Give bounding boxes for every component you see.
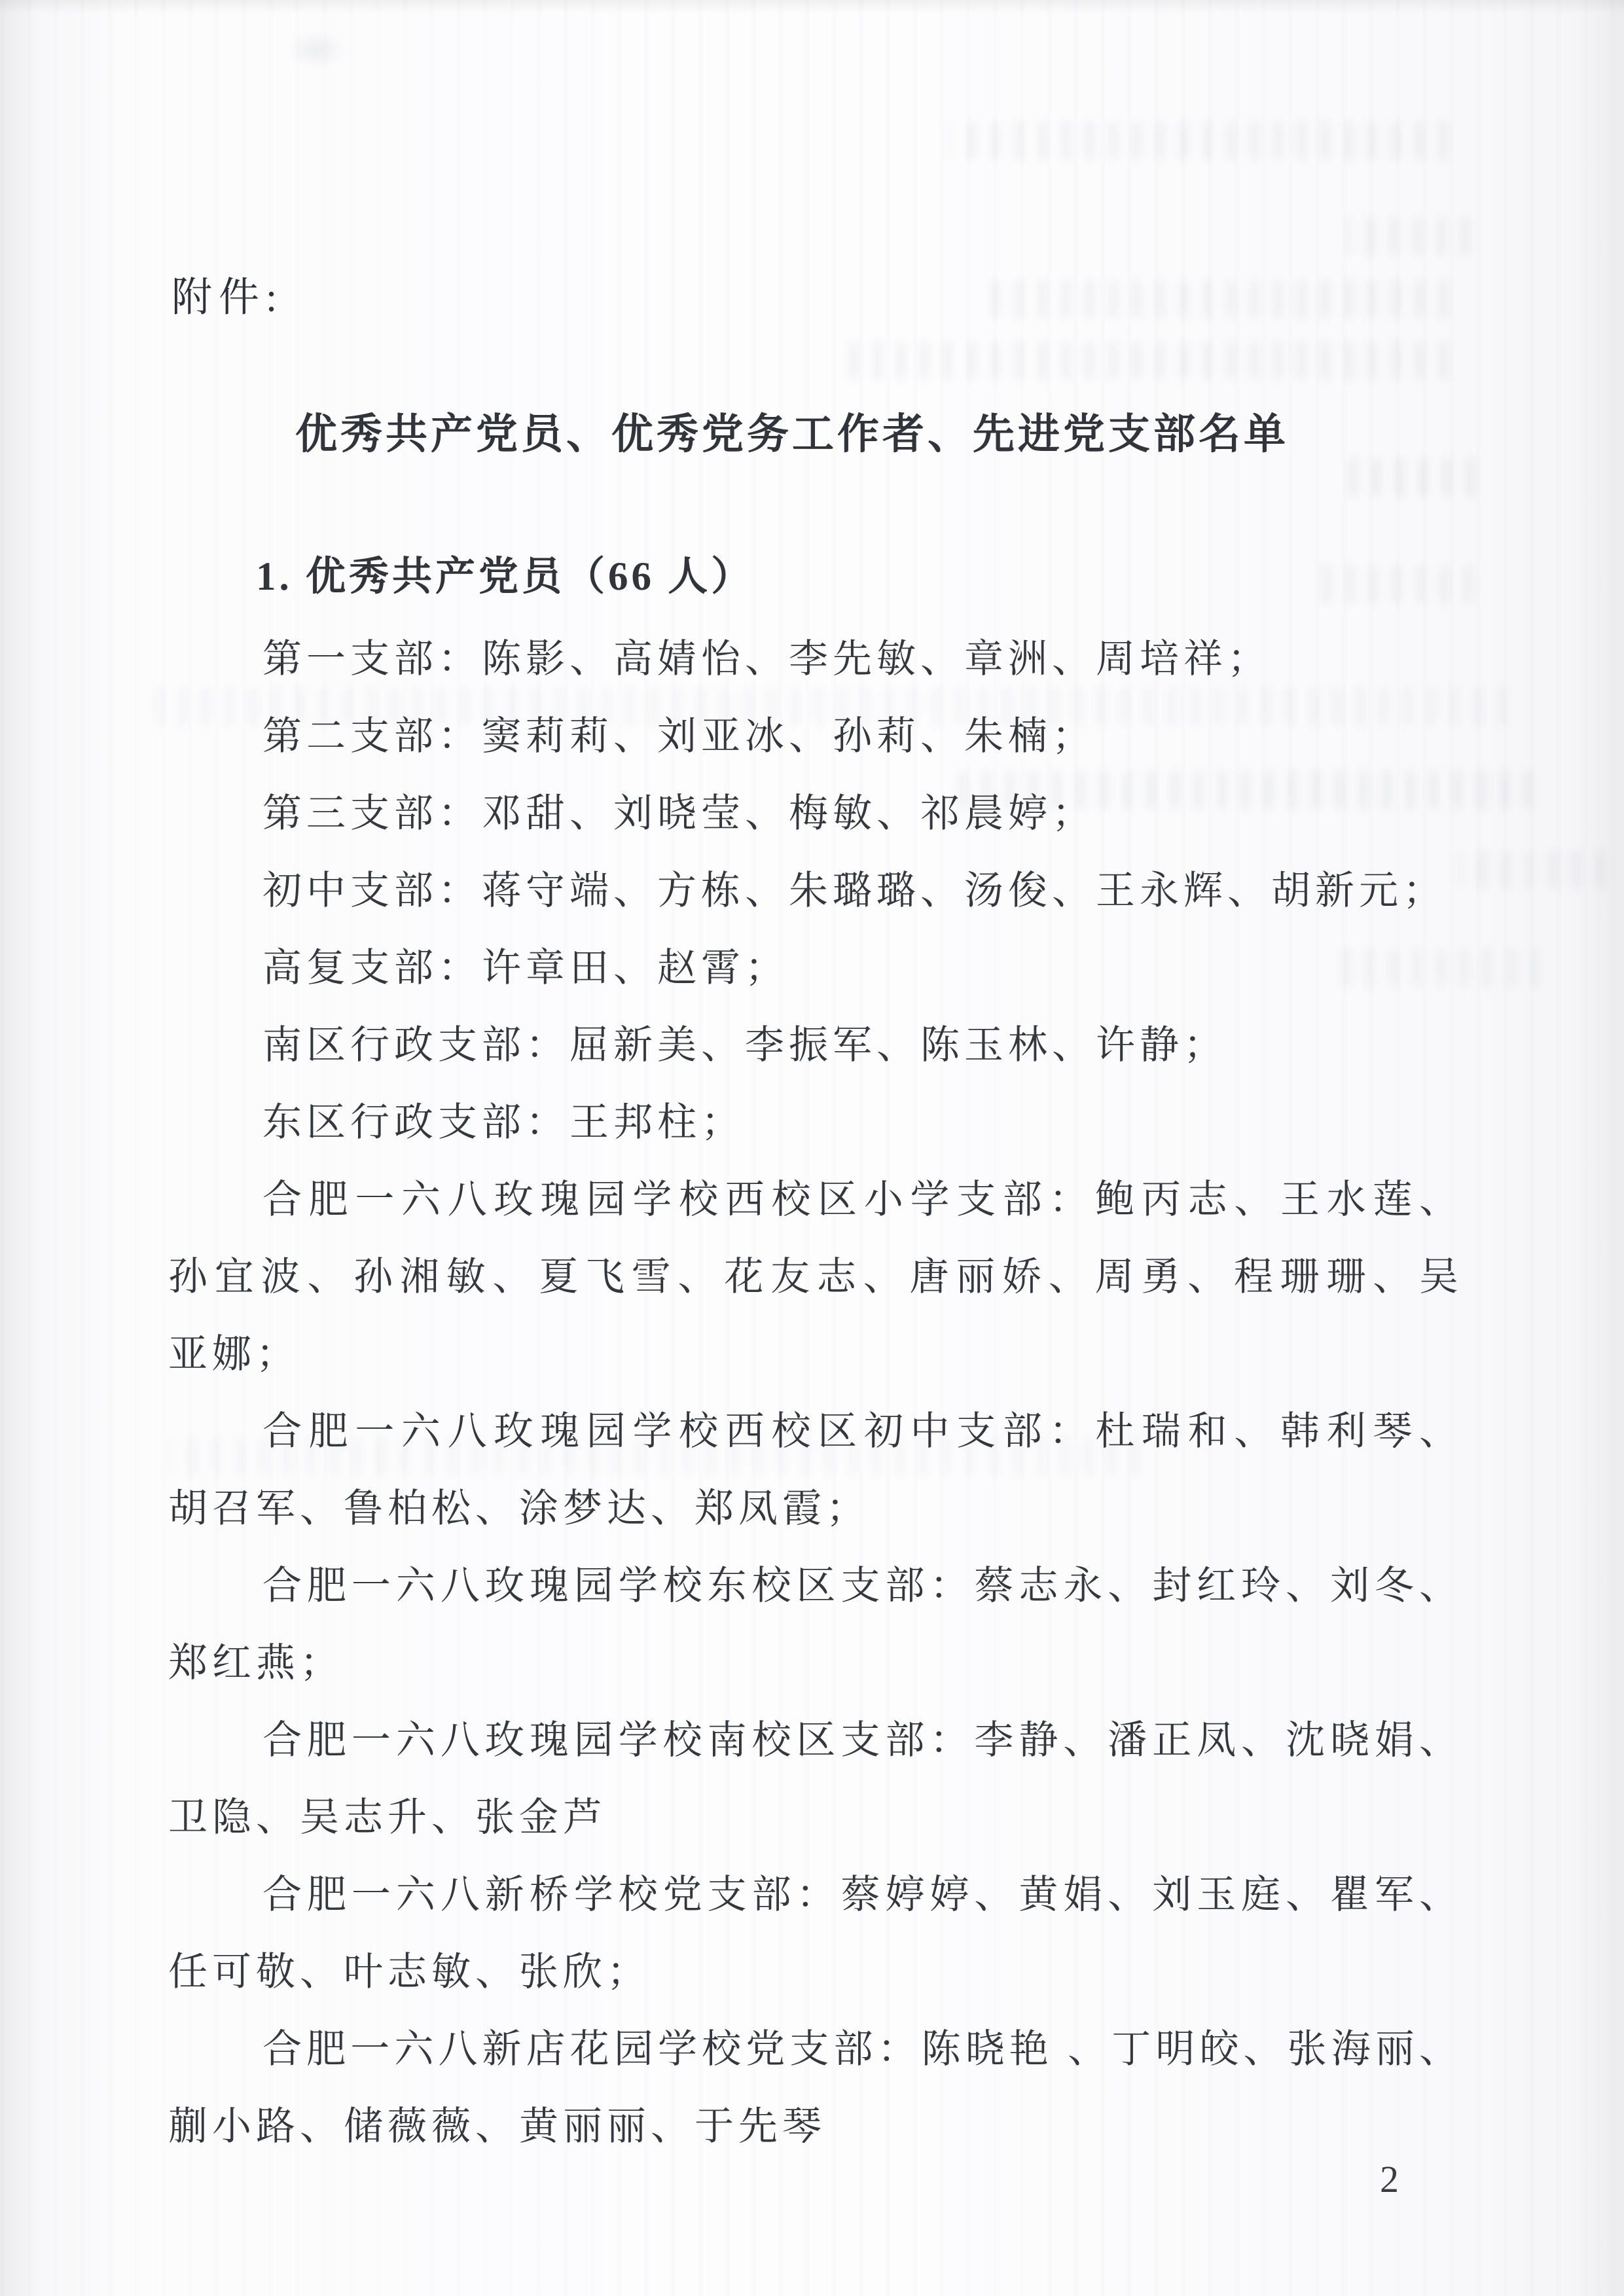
bleed-through-artifact: [1321, 565, 1471, 603]
list-line: 蒯小路、储薇薇、黄丽丽、于先琴: [168, 2088, 1463, 2165]
list-line: 合肥一六八玫瑰园学校南校区支部：李静、潘正凤、沈晓娟、: [168, 1702, 1463, 1779]
list-line: 合肥一六八玫瑰园学校西校区小学支部：鲍丙志、王水莲、: [168, 1161, 1463, 1238]
bleed-through-artifact: [1460, 851, 1604, 889]
scan-smudge-artifact: [288, 30, 347, 69]
list-line: 初中支部：蒋守端、方栋、朱璐璐、汤俊、王永辉、胡新元；: [168, 852, 1463, 929]
list-line: 第二支部：窦莉莉、刘亚冰、孙莉、朱楠；: [168, 698, 1463, 775]
list-line: 合肥一六八新桥学校党支部：蔡婷婷、黄娟、刘玉庭、瞿军、: [168, 1856, 1463, 1933]
list-line: 亚娜；: [168, 1316, 1463, 1393]
list-line: 胡召军、鲁柏松、涂梦达、郑凤霞；: [168, 1470, 1463, 1547]
list-line: 卫隐、吴志升、张金芦: [168, 1779, 1463, 1856]
list-line: 合肥一六八新店花园学校党支部：陈晓艳 、丁明皎、张海丽、: [168, 2011, 1463, 2088]
section-heading: 1. 优秀共产党员（66 人）: [256, 545, 754, 601]
list-line: 高复支部：许章田、赵霄；: [168, 929, 1463, 1007]
page-number: 2: [1380, 2157, 1399, 2201]
bleed-through-artifact: [838, 342, 1447, 380]
attachment-label: 附件:: [171, 264, 283, 323]
bleed-through-artifact: [949, 122, 1447, 160]
document-page: 附件: 优秀共产党员、优秀党务工作者、先进党支部名单 1. 优秀共产党员（66 …: [0, 0, 1624, 2296]
list-line: 郑红燕；: [168, 1624, 1463, 1702]
document-title: 优秀共产党员、优秀党务工作者、先进党支部名单: [85, 401, 1499, 461]
member-list: 第一支部：陈影、高婧怡、李先敏、章洲、周培祥；第二支部：窦莉莉、刘亚冰、孙莉、朱…: [168, 620, 1463, 2165]
bleed-through-artifact: [982, 280, 1447, 318]
list-line: 孙宜波、孙湘敏、夏飞雪、花友志、唐丽娇、周勇、程珊珊、吴: [168, 1238, 1463, 1316]
list-line: 南区行政支部：屈新美、李振军、陈玉林、许静；: [168, 1007, 1463, 1084]
list-line: 东区行政支部：王邦柱；: [168, 1084, 1463, 1161]
bleed-through-artifact: [1347, 217, 1468, 255]
list-line: 第一支部：陈影、高婧怡、李先敏、章洲、周培祥；: [168, 620, 1463, 698]
bleed-through-artifact: [1350, 458, 1474, 496]
list-line: 第三支部：邓甜、刘晓莹、梅敏、祁晨婷；: [168, 775, 1463, 852]
list-line: 合肥一六八玫瑰园学校东校区支部：蔡志永、封红玲、刘冬、: [168, 1547, 1463, 1624]
list-line: 任可敬、叶志敏、张欣；: [168, 1933, 1463, 2011]
list-line: 合肥一六八玫瑰园学校西校区初中支部：杜瑞和、韩利琴、: [168, 1393, 1463, 1470]
